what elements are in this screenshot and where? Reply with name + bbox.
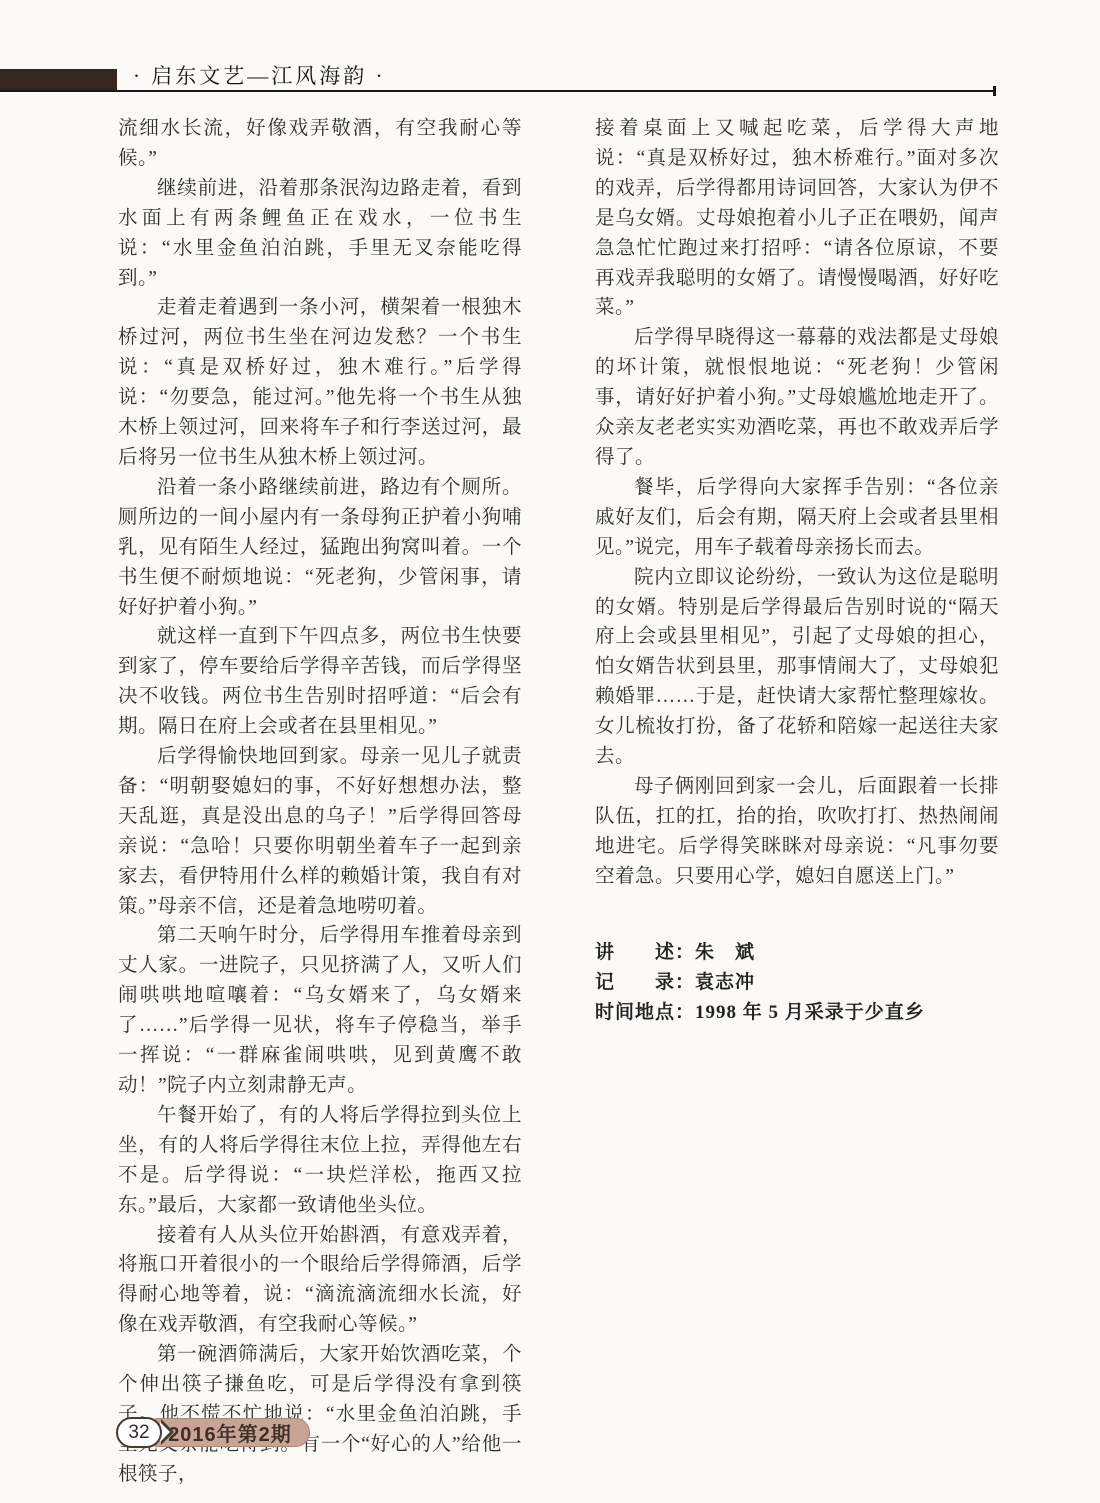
left-column: 流细水长流，好像戏弄敬酒，有空我耐心等候。” 继续前进，沿着那条泯沟边路走着，看…: [118, 114, 522, 1490]
paragraph: 后学得早晓得这一幕幕的戏法都是丈母娘的坏计策，就恨恨地说：“死老狗！少管闲事，请…: [595, 323, 999, 473]
running-head: · 启东文艺—江风海韵 ·: [133, 60, 386, 90]
paragraph: 午餐开始了，有的人将后学得拉到头位上坐，有的人将后学得往末位上拉，弄得他左右不是…: [118, 1101, 522, 1221]
paragraph: 第二天响午时分，后学得用车推着母亲到丈人家。一进院子，只见挤满了人，又听人们闹哄…: [118, 921, 522, 1100]
paragraph: 继续前进，沿着那条泯沟边路走着，看到水面上有两条鲤鱼正在戏水，一位书生说：“水里…: [118, 174, 522, 294]
paragraph: 走着走着遇到一条小河，横架着一根独木桥过河，两位书生坐在河边发愁？一个书生说：“…: [118, 293, 522, 472]
page-number-badge: 32: [116, 1417, 162, 1448]
paragraph: 就这样一直到下午四点多，两位书生快要到家了，停车要给后学得辛苦钱，而后学得坚决不…: [118, 622, 522, 742]
paragraph: 母子俩刚回到家一会儿，后面跟着一长排队伍，扛的扛，抬的抬，吹吹打打、热热闹闹地进…: [595, 772, 999, 892]
paragraph: 第一碗酒筛满后，大家开始饮酒吃菜，个个伸出筷子搛鱼吃，可是后学得没有拿到筷子。他…: [118, 1340, 522, 1490]
header-rule: [0, 90, 996, 92]
paragraph: 餐毕，后学得向大家挥手告别：“各位亲戚好友们，后会有期，隔天府上会或者县里相见。…: [595, 473, 999, 563]
paragraph: 沿着一条小路继续前进，路边有个厕所。厕所边的一间小屋内有一条母狗正护着小狗哺乳，…: [118, 473, 522, 623]
rule-end-tick: [993, 86, 996, 96]
issue-badge: 2016年第2期: [150, 1418, 310, 1447]
right-column: 接着桌面上又喊起吃菜，后学得大声地说：“真是双桥好过，独木桥难行。”面对多次的戏…: [595, 114, 999, 1490]
paragraph-continuation: 接着桌面上又喊起吃菜，后学得大声地说：“真是双桥好过，独木桥难行。”面对多次的戏…: [595, 114, 999, 323]
article-body: 流细水长流，好像戏弄敬酒，有空我耐心等候。” 继续前进，沿着那条泯沟边路走着，看…: [118, 114, 1003, 1490]
time-place-line: 时间地点：1998 年 5 月采录于少直乡: [595, 998, 999, 1028]
page-footer: 2016年第2期 32: [116, 1417, 366, 1448]
paragraph-continuation: 流细水长流，好像戏弄敬酒，有空我耐心等候。”: [118, 114, 522, 174]
narrator-line: 讲 述：朱 斌: [595, 938, 999, 968]
recorder-line: 记 录：袁志冲: [595, 968, 999, 998]
paragraph: 后学得愉快地回到家。母亲一见儿子就责备：“明朝娶媳妇的事，不好好想想办法，整天乱…: [118, 742, 522, 921]
paragraph: 院内立即议论纷纷，一致认为这位是聪明的女婿。特别是后学得最后告别时说的“隔天府上…: [595, 563, 999, 772]
attribution-block: 讲 述：朱 斌 记 录：袁志冲 时间地点：1998 年 5 月采录于少直乡: [595, 938, 999, 1028]
header-corner-box: [0, 69, 117, 90]
magazine-page: · 启东文艺—江风海韵 · 流细水长流，好像戏弄敬酒，有空我耐心等候。” 继续前…: [0, 0, 1100, 1503]
paragraph: 接着有人从头位开始斟酒，有意戏弄着，将瓶口开着很小的一个眼给后学得筛酒，后学得耐…: [118, 1221, 522, 1341]
